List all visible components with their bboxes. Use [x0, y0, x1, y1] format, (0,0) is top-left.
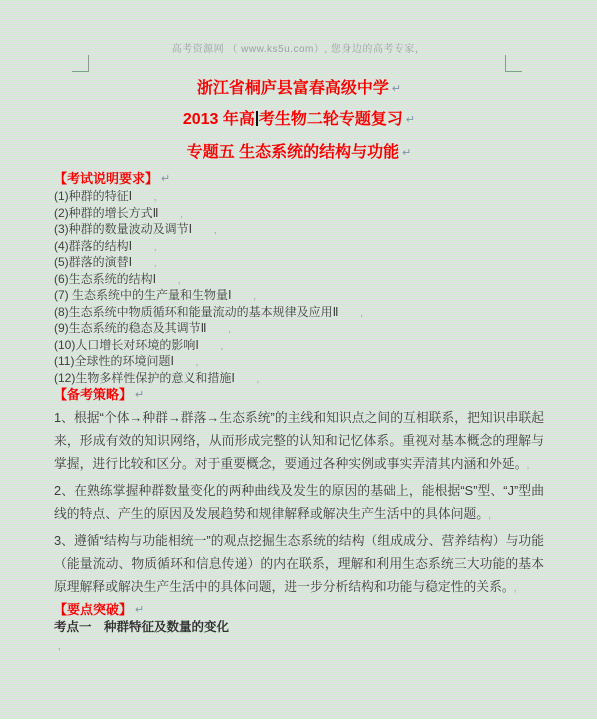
- title-topic-text: 专题五 生态系统的结构与功能: [187, 144, 399, 161]
- margin-cropmark-top-right: [505, 55, 522, 72]
- list-item-text: (12)生物多样性保护的意义和措施Ⅰ: [54, 371, 235, 385]
- document-page: { "page": { "watermark": "高考资源网 （ www.ks…: [0, 0, 597, 719]
- section-heading-text: 【要点突破】: [54, 602, 132, 617]
- paragraph-mark-icon: ，: [214, 225, 223, 235]
- list-item-text: (1)种群的特征Ⅰ: [54, 189, 132, 203]
- paragraph-mark-icon: ，: [256, 374, 265, 384]
- list-item-text: (11)全球性的环境问题Ⅰ: [54, 354, 174, 368]
- list-item: (5)群落的演替Ⅰ，: [54, 255, 544, 272]
- strategy-paragraph: 3、遵循“结构与功能相统一”的观点挖掘生态系统的结构（组成成分、营养结构）与功能…: [54, 529, 544, 600]
- strategy-paragraph: 1、根据“个体→种群→群落→生态系统”的主线和知识点之间的互相联系，把知识串联起…: [54, 406, 544, 477]
- section-heading-text: 【备考策略】: [54, 387, 132, 402]
- ks5u-watermark-header: 高考资源网 （ www.ks5u.com）, 您身边的高考专家，: [0, 40, 597, 55]
- paragraph-mark-icon: ↵: [135, 604, 144, 616]
- paragraph-mark-icon: ，: [154, 242, 163, 252]
- list-item: (8)生态系统中物质循环和能量流动的基本规律及应用Ⅱ，: [54, 305, 544, 322]
- list-item-text: (9)生态系统的稳态及其调节Ⅱ: [54, 321, 207, 335]
- title-review-text-left: 2013 年高: [183, 111, 255, 128]
- paragraph-mark-icon: ，: [514, 583, 523, 593]
- paragraph-mark-icon: ，: [228, 324, 237, 334]
- paragraph-mark-icon: ↵: [406, 114, 415, 126]
- list-item-text: (10)人口增长对环境的影响Ⅰ: [54, 338, 199, 352]
- paragraph-mark-icon: ，: [180, 209, 189, 219]
- list-item: (2)种群的增长方式Ⅱ，: [54, 206, 544, 223]
- paragraph-text: 3、遵循“结构与功能相统一”的观点挖掘生态系统的结构（组成成分、营养结构）与功能…: [54, 533, 544, 594]
- paragraph-mark-icon: ↵: [392, 83, 401, 95]
- paragraph-mark-icon: ，: [488, 510, 497, 520]
- list-item-text: (4)群落的结构Ⅰ: [54, 239, 132, 253]
- paragraph-text: 2、在熟练掌握种群数量变化的两种曲线及发生的原因的基础上，能根据“S”型、“J”…: [54, 483, 544, 521]
- list-item: (12)生物多样性保护的意义和措施Ⅰ，: [54, 371, 544, 388]
- point-one-title: 考点一 种群特征及数量的变化: [54, 619, 544, 635]
- list-item: (7) 生态系统中的生产量和生物量Ⅰ，: [54, 288, 544, 305]
- title-school: 浙江省桐庐县富春高级中学↵: [54, 80, 544, 98]
- list-item: (10)人口增长对环境的影响Ⅰ，: [54, 338, 544, 355]
- paragraph-mark-icon: ，: [253, 291, 262, 301]
- strategy-paragraphs: 1、根据“个体→种群→群落→生态系统”的主线和知识点之间的互相联系，把知识串联起…: [54, 406, 544, 600]
- list-item: (11)全球性的环境问题Ⅰ，: [54, 354, 544, 371]
- list-item-text: (2)种群的增长方式Ⅱ: [54, 206, 159, 220]
- list-item-text: (3)种群的数量波动及调节Ⅰ: [54, 222, 192, 236]
- list-item: (1)种群的特征Ⅰ，: [54, 189, 544, 206]
- paragraph-mark-icon: ↵: [135, 389, 144, 401]
- text-cursor: [256, 111, 258, 126]
- document-body[interactable]: 浙江省桐庐县富春高级中学↵ 2013 年高考生物二轮专题复习↵ 专题五 生态系统…: [54, 80, 544, 652]
- exam-requirements-list: (1)种群的特征Ⅰ， (2)种群的增长方式Ⅱ， (3)种群的数量波动及调节Ⅰ， …: [54, 189, 544, 387]
- list-item-text: (7) 生态系统中的生产量和生物量Ⅰ: [54, 288, 232, 302]
- section-heading-exam-requirements: 【考试说明要求】↵: [54, 171, 544, 187]
- list-item-text: (8)生态系统中物质循环和能量流动的基本规律及应用Ⅱ: [54, 305, 339, 319]
- paragraph-mark-icon: ，: [154, 258, 163, 268]
- paragraph-mark-icon: ，: [178, 275, 187, 285]
- section-heading-strategy: 【备考策略】↵: [54, 387, 544, 403]
- paragraph-mark-icon: ，: [360, 308, 369, 318]
- list-item-text: (5)群落的演替Ⅰ: [54, 255, 132, 269]
- title-review: 2013 年高考生物二轮专题复习↵: [54, 111, 544, 129]
- paragraph-mark-icon: ，: [220, 341, 229, 351]
- paragraph-mark-icon: ↵: [402, 147, 411, 159]
- strategy-paragraph: 2、在熟练掌握种群数量变化的两种曲线及发生的原因的基础上，能根据“S”型、“J”…: [54, 479, 544, 527]
- paragraph-mark-icon: ，: [196, 357, 205, 367]
- paragraph-mark-icon: ，: [526, 460, 535, 470]
- list-item: (4)群落的结构Ⅰ，: [54, 239, 544, 256]
- paragraph-mark-icon: ，: [58, 639, 544, 652]
- list-item: (9)生态系统的稳态及其调节Ⅱ，: [54, 321, 544, 338]
- paragraph-text: 1、根据“个体→种群→群落→生态系统”的主线和知识点之间的互相联系，把知识串联起…: [54, 410, 544, 471]
- title-review-text-right: 考生物二轮专题复习: [259, 111, 403, 128]
- margin-cropmark-top-left: [72, 55, 89, 72]
- list-item-text: (6)生态系统的结构Ⅰ: [54, 272, 156, 286]
- title-topic: 专题五 生态系统的结构与功能↵: [54, 144, 544, 162]
- paragraph-mark-icon: ↵: [161, 173, 170, 185]
- paragraph-mark-icon: ，: [154, 192, 163, 202]
- point-one-title-text: 考点一 种群特征及数量的变化: [54, 620, 229, 634]
- list-item: (6)生态系统的结构Ⅰ，: [54, 272, 544, 289]
- title-school-text: 浙江省桐庐县富春高级中学: [197, 80, 389, 97]
- section-heading-text: 【考试说明要求】: [54, 171, 158, 186]
- section-heading-breakthrough: 【要点突破】↵: [54, 602, 544, 618]
- list-item: (3)种群的数量波动及调节Ⅰ，: [54, 222, 544, 239]
